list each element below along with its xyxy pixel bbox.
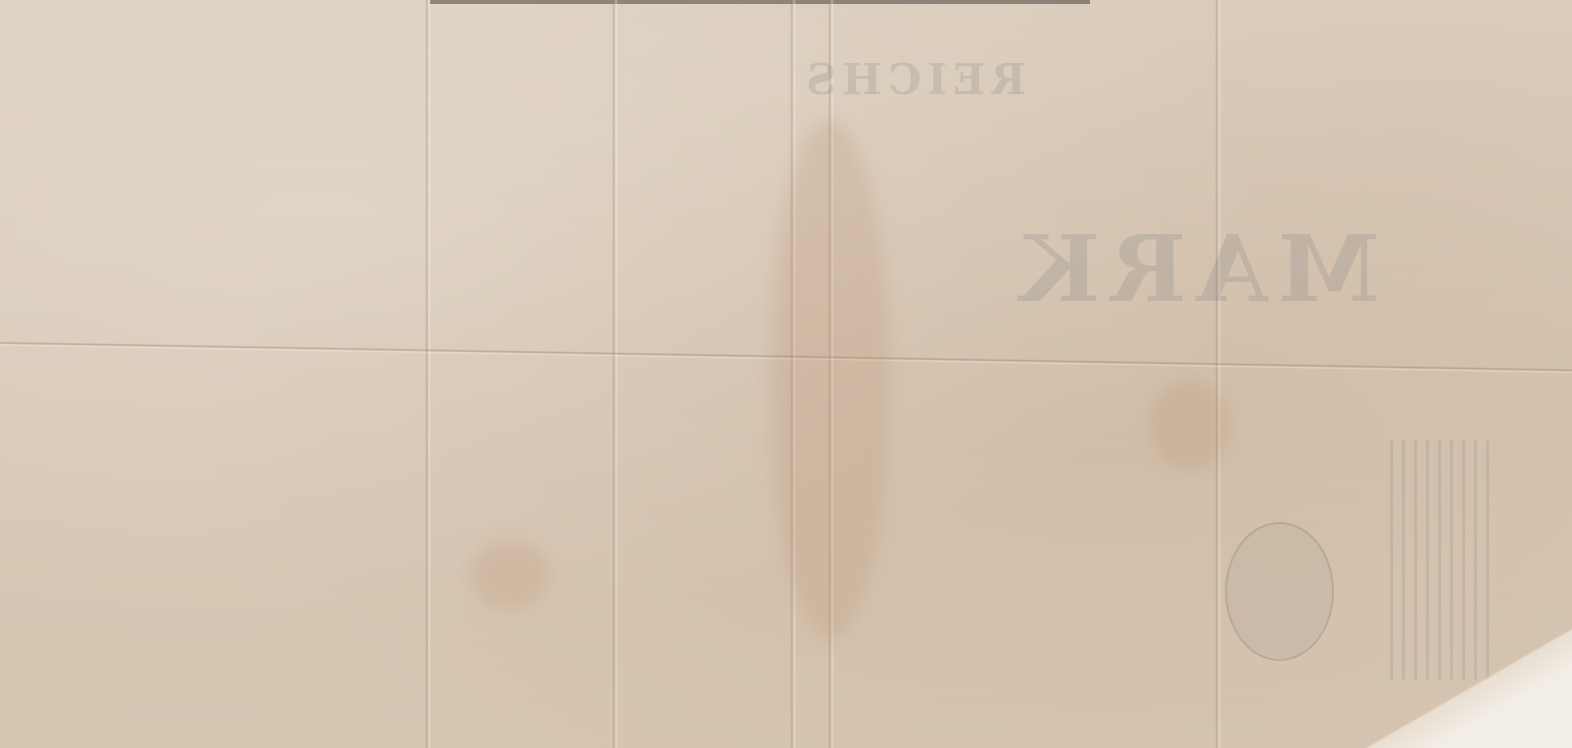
top-edge-shadow: [430, 0, 1090, 4]
stain-right: [1150, 380, 1230, 470]
ghost-title-text: REICHS: [800, 55, 1026, 104]
stain-lower: [470, 540, 550, 610]
banknote-reverse: REICHS MARK: [0, 0, 1572, 748]
ghost-seal: [1225, 522, 1334, 661]
stain-center: [770, 120, 890, 640]
vertical-fold-5: [1215, 0, 1221, 748]
vertical-fold-2: [612, 0, 618, 748]
torn-corner: [1352, 608, 1572, 748]
vertical-fold-1: [425, 0, 431, 748]
ghost-denomination-text: MARK: [1010, 215, 1380, 323]
